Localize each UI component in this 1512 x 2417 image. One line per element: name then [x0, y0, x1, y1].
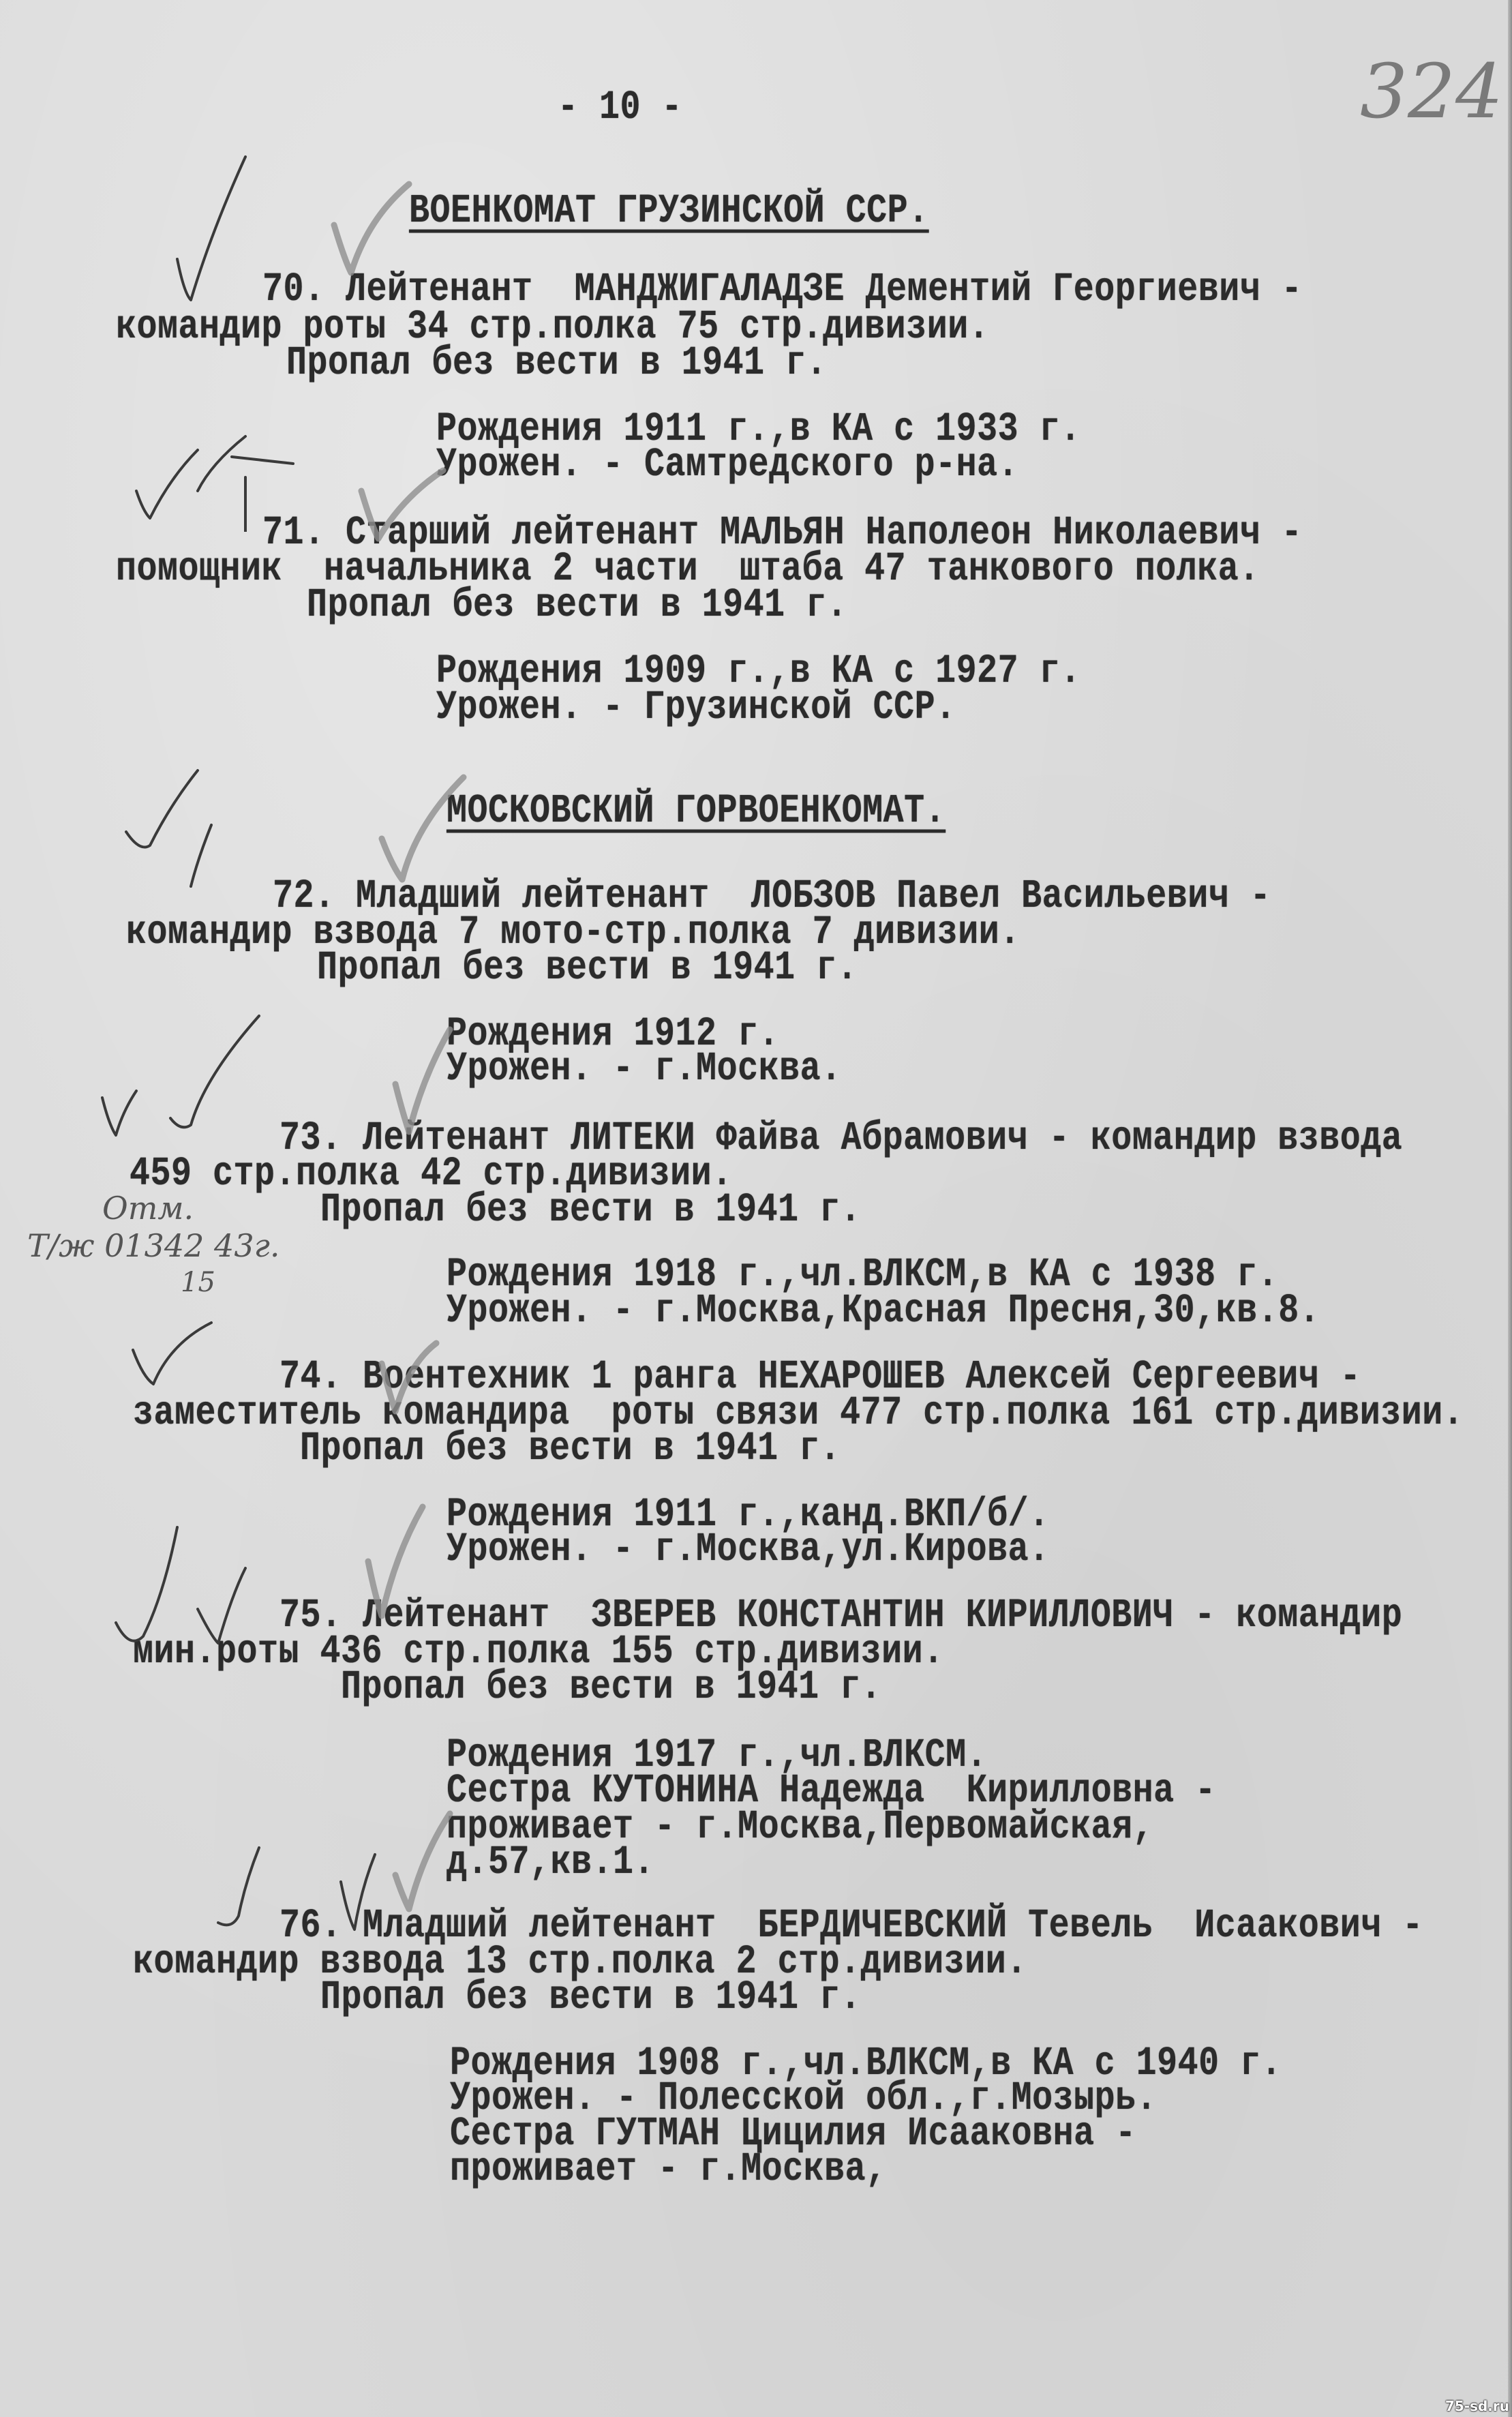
- watermark: 75-sd.ru: [1445, 2398, 1509, 2414]
- entry-detail: проживает - г.Москва,: [450, 2149, 887, 2191]
- handwritten-note-line: Отм.: [102, 1190, 194, 1227]
- entry-line: Пропал без вести в 1941 г.: [320, 1190, 861, 1231]
- entry-detail: Урожен. - Грузинской ССР.: [436, 687, 956, 729]
- entry-line: Пропал без вести в 1941 г.: [317, 948, 858, 989]
- entry-line: Пропал без вести в 1941 г.: [307, 585, 847, 627]
- check-mark-icon: [382, 1807, 464, 1916]
- page-edge: [1508, 0, 1512, 2417]
- handwritten-note-line: 15: [181, 1267, 215, 1298]
- entry-detail: Урожен. - г.Москва.: [447, 1049, 842, 1090]
- check-mark-icon: [116, 764, 225, 893]
- entry-detail: Урожен. - г.Москва,ул.Кирова.: [447, 1529, 1050, 1571]
- entry-line: Пропал без вести в 1941 г.: [320, 1977, 861, 2019]
- entry-detail: Урожен. - г.Москва,Красная Пресня,30,кв.…: [447, 1291, 1320, 1332]
- section-title-moscow: МОСКОВСКИЙ ГОРВОЕНКОМАТ.: [447, 791, 946, 832]
- check-mark-icon: [382, 1023, 464, 1139]
- check-mark-icon: [89, 1009, 293, 1145]
- check-mark-icon: [327, 177, 423, 280]
- check-mark-icon: [354, 1500, 436, 1623]
- handwritten-note-line: Т/ж 01342 43г.: [27, 1227, 279, 1264]
- entry-line: Пропал без вести в 1941 г.: [341, 1667, 881, 1709]
- check-mark-icon: [368, 1336, 443, 1418]
- check-mark-icon: [354, 464, 450, 545]
- check-mark-icon: [191, 423, 300, 532]
- entry-line: Пропал без вести в 1941 г.: [286, 343, 827, 385]
- page-number: - 10 -: [558, 87, 682, 129]
- check-mark-icon: [368, 770, 470, 886]
- archive-sheet-number: 324: [1360, 48, 1503, 135]
- check-mark-icon: [102, 1514, 279, 1650]
- entry-detail: Урожен. - Самтредского р-на.: [436, 445, 1018, 486]
- entry-line: Пропал без вести в 1941 г.: [300, 1428, 841, 1470]
- check-mark-icon: [123, 1316, 225, 1391]
- check-mark-icon: [170, 150, 252, 307]
- section-title-georgia: ВОЕНКОМАТ ГРУЗИНСКОЙ ССР.: [409, 191, 929, 232]
- check-mark-icon: [205, 1841, 395, 1936]
- entry-detail: д.57,кв.1.: [447, 1842, 654, 1884]
